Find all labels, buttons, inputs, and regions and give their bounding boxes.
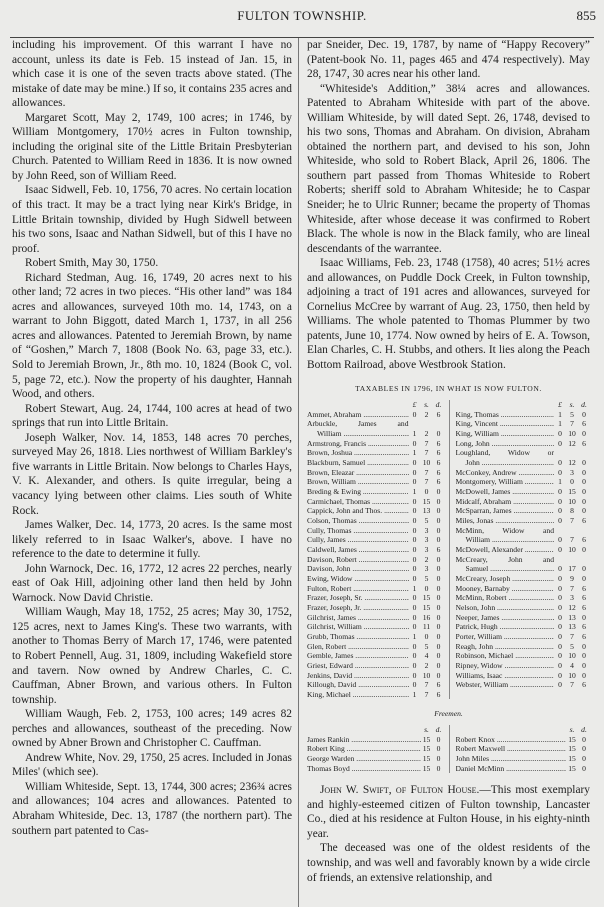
paragraph: Margaret Scott, May 2, 1749, 100 acres; … bbox=[12, 111, 292, 184]
amount-d: 0 bbox=[578, 506, 590, 516]
amount-d: 0 bbox=[433, 671, 445, 681]
freemen-table: s.d.James Rankin150Robert King150George … bbox=[307, 725, 590, 773]
table-row: Griest, Edward020 bbox=[307, 661, 445, 671]
table-row: Grubb, Thomas100 bbox=[307, 632, 445, 642]
paragraph: Andrew White, Nov. 29, 1750, 25 acres. I… bbox=[12, 751, 292, 780]
table-row: McMinn, Robert036 bbox=[456, 593, 591, 603]
table-row: Patrick, Hugh0136 bbox=[456, 622, 591, 632]
amount-d: 0 bbox=[433, 506, 445, 516]
table-row: Blackburn, Samuel0106 bbox=[307, 458, 445, 468]
taxable-name: Webster, William bbox=[456, 680, 555, 689]
amount-d: 0 bbox=[578, 429, 590, 439]
table-row: John Miles150 bbox=[456, 754, 591, 764]
amount-s: 11 bbox=[421, 622, 433, 632]
table-row: Nelson, John0126 bbox=[456, 603, 591, 613]
table-row: Davison, John030 bbox=[307, 564, 445, 574]
amount-l: 0 bbox=[554, 429, 566, 439]
table-row: Midcalf, Abraham0100 bbox=[456, 497, 591, 507]
paragraph: John Warnock, Dec. 16, 1772, 12 acres 22… bbox=[12, 562, 292, 606]
amount-d: 6 bbox=[433, 439, 445, 449]
amount-l: 0 bbox=[554, 497, 566, 507]
taxable-name: Williams, Isaac bbox=[456, 671, 555, 680]
table-row: Daniel McMinn150 bbox=[456, 764, 591, 774]
amount-d: 0 bbox=[578, 754, 590, 764]
taxable-name: George Warden bbox=[307, 754, 421, 763]
amount-d: 6 bbox=[433, 458, 445, 468]
taxable-name: Gilchrist, James bbox=[307, 613, 409, 622]
taxable-name: Robert King bbox=[307, 744, 421, 753]
taxable-name: King, Vincent bbox=[456, 419, 555, 428]
paragraph: including his improvement. Of this warra… bbox=[12, 38, 292, 111]
amount-d: 0 bbox=[433, 516, 445, 526]
taxable-name: Midcalf, Abraham bbox=[456, 497, 555, 506]
amount-s: 10 bbox=[566, 429, 578, 439]
taxable-name: James Rankin bbox=[307, 735, 421, 744]
column-header: s.d. bbox=[456, 725, 591, 735]
amount-d: 0 bbox=[433, 535, 445, 545]
taxable-name: Carmichael, Thomas bbox=[307, 497, 409, 506]
amount-d: 0 bbox=[578, 564, 590, 574]
amount-l: 1 bbox=[554, 419, 566, 429]
amount-s: 16 bbox=[421, 613, 433, 623]
taxable-name: McDowell, James bbox=[456, 487, 555, 496]
taxable-name: Caldwell, James bbox=[307, 545, 409, 554]
amount-d: 0 bbox=[433, 555, 445, 565]
amount-d: 6 bbox=[433, 545, 445, 555]
amount-d: 6 bbox=[433, 477, 445, 487]
taxable-name: Reagh, John bbox=[456, 642, 555, 651]
taxable-name: Brown, Eleazar bbox=[307, 468, 409, 477]
amount-d: 0 bbox=[433, 497, 445, 507]
amount-d: 0 bbox=[433, 487, 445, 497]
taxable-name: McMinn, Robert bbox=[456, 593, 555, 602]
amount-d: 0 bbox=[578, 497, 590, 507]
paragraph: Robert Smith, May 30, 1750. bbox=[12, 256, 292, 271]
table-row: James Rankin150 bbox=[307, 735, 445, 745]
page-number: 855 bbox=[577, 8, 597, 24]
column-header-label: d. bbox=[578, 400, 590, 410]
taxable-name: Daniel McMinn bbox=[456, 764, 567, 773]
amount-s: 7 bbox=[421, 439, 433, 449]
amount-l: 0 bbox=[409, 506, 421, 516]
taxable-name: King, William bbox=[456, 429, 555, 438]
amount-l: 0 bbox=[409, 410, 421, 420]
amount-s: 2 bbox=[421, 661, 433, 671]
amount-s: 7 bbox=[421, 468, 433, 478]
amount-l: 0 bbox=[554, 622, 566, 632]
taxable-name: Brown, Joshua bbox=[307, 448, 409, 457]
amount-s: 10 bbox=[566, 497, 578, 507]
amount-d: 6 bbox=[578, 419, 590, 429]
amount-l: 0 bbox=[409, 477, 421, 487]
amount-d: 0 bbox=[578, 613, 590, 623]
paragraph: “Whiteside's Addition,” 38¼ acres and al… bbox=[307, 82, 590, 257]
amount-l: 0 bbox=[409, 622, 421, 632]
taxable-name: Porter, William bbox=[456, 632, 555, 641]
page-title: FULTON TOWNSHIP. bbox=[0, 8, 604, 24]
amount-d: 0 bbox=[433, 603, 445, 613]
column-header-label: s. bbox=[421, 400, 433, 410]
table-row: Jenkins, David0100 bbox=[307, 671, 445, 681]
amount-d: 0 bbox=[578, 651, 590, 661]
table-row: Loughland, Widow or bbox=[456, 448, 591, 458]
taxable-name: Glen, Robert bbox=[307, 642, 409, 651]
amount-s: 12 bbox=[566, 439, 578, 449]
amount-d: 6 bbox=[433, 410, 445, 420]
amount-s: 7 bbox=[421, 477, 433, 487]
amount-d: 6 bbox=[578, 535, 590, 545]
amount-l: 0 bbox=[409, 526, 421, 536]
amount-l: 0 bbox=[409, 516, 421, 526]
taxable-name: Ripney, Widow bbox=[456, 661, 555, 670]
taxable-name: Robert Knox bbox=[456, 735, 567, 744]
table-row: Cappick, John and Thos.0130 bbox=[307, 506, 445, 516]
amount-d: 0 bbox=[578, 671, 590, 681]
taxable-name: Miles, Jonas bbox=[456, 516, 555, 525]
taxables-table: £s.d.Ammet, Abraham026Arbuckle, James an… bbox=[307, 400, 590, 699]
amount-l: 0 bbox=[554, 603, 566, 613]
table-row: Robert Knox150 bbox=[456, 735, 591, 745]
amount-l: 0 bbox=[409, 613, 421, 623]
amount-s: 15 bbox=[421, 744, 433, 754]
amount-s: 9 bbox=[566, 574, 578, 584]
table-row: McDowell, Alexander0100 bbox=[456, 545, 591, 555]
amount-s: 7 bbox=[566, 535, 578, 545]
amount-l: 0 bbox=[554, 545, 566, 555]
table-row: Killough, David076 bbox=[307, 680, 445, 690]
paragraph: par Sneider, Dec. 19, 1787, by name of “… bbox=[307, 38, 590, 82]
amount-d: 6 bbox=[578, 622, 590, 632]
amount-d: 0 bbox=[433, 764, 445, 774]
amount-d: 6 bbox=[578, 603, 590, 613]
amount-s: 4 bbox=[421, 651, 433, 661]
amount-s: 7 bbox=[566, 516, 578, 526]
amount-d: 6 bbox=[578, 439, 590, 449]
amount-l: 1 bbox=[409, 448, 421, 458]
amount-s: 17 bbox=[566, 564, 578, 574]
amount-s: 13 bbox=[421, 506, 433, 516]
table-row: McMinn, Widow and bbox=[456, 526, 591, 536]
amount-l: 0 bbox=[554, 439, 566, 449]
taxable-name: Gilchrist, William bbox=[307, 622, 409, 631]
amount-l: 1 bbox=[409, 487, 421, 497]
amount-d: 6 bbox=[578, 632, 590, 642]
table-row: Miles, Jonas076 bbox=[456, 516, 591, 526]
table-row: Montgomery, William100 bbox=[456, 477, 591, 487]
amount-s: 3 bbox=[566, 468, 578, 478]
amount-l: 0 bbox=[409, 535, 421, 545]
table-row: Gilchrist, William0110 bbox=[307, 622, 445, 632]
book-page: FULTON TOWNSHIP. 855 including his impro… bbox=[0, 0, 604, 907]
amount-s: 15 bbox=[421, 735, 433, 745]
table-row: Brown, Eleazar076 bbox=[307, 468, 445, 478]
column-divider bbox=[298, 38, 299, 907]
amount-d: 0 bbox=[433, 661, 445, 671]
amount-s: 15 bbox=[421, 603, 433, 613]
amount-d: 0 bbox=[578, 642, 590, 652]
paragraph: William Waugh, May 18, 1752, 25 acres; M… bbox=[12, 605, 292, 707]
amount-d: 0 bbox=[433, 593, 445, 603]
column-header: s.d. bbox=[307, 725, 445, 735]
table-row: Robert Maxwell150 bbox=[456, 744, 591, 754]
amount-l: 0 bbox=[554, 487, 566, 497]
amount-s: 2 bbox=[421, 555, 433, 565]
left-column: including his improvement. Of this warra… bbox=[12, 38, 292, 838]
amount-l: 0 bbox=[409, 458, 421, 468]
table-row-continued: John0120 bbox=[456, 458, 591, 468]
paragraph: James Walker, Dec. 14, 1773, 20 acres. I… bbox=[12, 518, 292, 562]
taxable-name: Cappick, John and Thos. bbox=[307, 506, 409, 515]
amount-l: 0 bbox=[409, 564, 421, 574]
taxable-name: Neeper, James bbox=[456, 613, 555, 622]
amount-l: 0 bbox=[554, 574, 566, 584]
table-row: McSparran, James080 bbox=[456, 506, 591, 516]
amount-d: 0 bbox=[433, 526, 445, 536]
amount-s: 10 bbox=[566, 545, 578, 555]
amount-s: 3 bbox=[421, 564, 433, 574]
amount-s: 0 bbox=[421, 584, 433, 594]
amount-l: 0 bbox=[554, 468, 566, 478]
taxable-name: Colson, Thomas bbox=[307, 516, 409, 525]
table-row: McDowell, James0150 bbox=[456, 487, 591, 497]
amount-s: 10 bbox=[421, 671, 433, 681]
taxable-name-continued: William bbox=[466, 535, 555, 544]
taxable-name: Ewing, Widow bbox=[307, 574, 409, 583]
amount-d: 0 bbox=[433, 651, 445, 661]
table-row: Neeper, James0130 bbox=[456, 613, 591, 623]
table-row: Mooney, Barnaby076 bbox=[456, 584, 591, 594]
taxable-name-continued: William bbox=[317, 429, 409, 438]
amount-l: 1 bbox=[409, 690, 421, 700]
taxable-name: Breding & Ewing bbox=[307, 487, 409, 496]
amount-s: 4 bbox=[566, 661, 578, 671]
amount-s: 3 bbox=[421, 526, 433, 536]
taxable-name: McMinn, Widow and bbox=[456, 526, 555, 536]
taxable-name: Mooney, Barnaby bbox=[456, 584, 555, 593]
amount-l: 0 bbox=[554, 642, 566, 652]
amount-d: 6 bbox=[433, 468, 445, 478]
table-row-continued: William120 bbox=[307, 429, 445, 439]
amount-d: 0 bbox=[433, 754, 445, 764]
paragraph: Robert Stewart, Aug. 24, 1744, 100 acres… bbox=[12, 402, 292, 431]
amount-l: 0 bbox=[409, 439, 421, 449]
table-row: Porter, William076 bbox=[456, 632, 591, 642]
amount-d: 0 bbox=[578, 574, 590, 584]
taxables-right-column: £s.d.King, Thomas150King, Vincent176King… bbox=[449, 400, 591, 699]
amount-d: 0 bbox=[433, 429, 445, 439]
taxable-name: Jenkins, David bbox=[307, 671, 409, 680]
taxable-name: John Miles bbox=[456, 754, 567, 763]
amount-d: 0 bbox=[578, 744, 590, 754]
paragraph: William Waugh, Feb. 2, 1753, 100 acres; … bbox=[12, 707, 292, 751]
taxable-name: Gemble, James bbox=[307, 651, 409, 660]
paragraph: Isaac Williams, Feb. 23, 1748 (1758), 40… bbox=[307, 256, 590, 372]
column-header-label: d. bbox=[433, 725, 445, 735]
amount-l: 0 bbox=[554, 584, 566, 594]
table-row: Caldwell, James036 bbox=[307, 545, 445, 555]
table-row: Breding & Ewing100 bbox=[307, 487, 445, 497]
taxable-name: Cully, Thomas bbox=[307, 526, 409, 535]
taxable-name: Davison, John bbox=[307, 564, 409, 573]
running-header: FULTON TOWNSHIP. 855 bbox=[0, 8, 604, 26]
taxable-name: Griest, Edward bbox=[307, 661, 409, 670]
taxable-name: Frazer, Joseph, Sr. bbox=[307, 593, 409, 602]
amount-d: 6 bbox=[433, 448, 445, 458]
amount-s: 13 bbox=[566, 622, 578, 632]
amount-l: 0 bbox=[554, 671, 566, 681]
freemen-left-column: s.d.James Rankin150Robert King150George … bbox=[307, 725, 449, 773]
amount-d: 0 bbox=[433, 613, 445, 623]
amount-l: 0 bbox=[409, 555, 421, 565]
amount-s: 15 bbox=[566, 744, 578, 754]
table-row: Robinson, Michael0100 bbox=[456, 651, 591, 661]
amount-l: 1 bbox=[554, 410, 566, 420]
column-header-label: s. bbox=[566, 725, 578, 735]
taxable-name: Brown, William bbox=[307, 477, 409, 486]
column-header: £s.d. bbox=[307, 400, 445, 410]
taxable-name: Killough, David bbox=[307, 680, 409, 689]
amount-d: 0 bbox=[433, 622, 445, 632]
amount-s: 13 bbox=[566, 613, 578, 623]
amount-s: 0 bbox=[421, 632, 433, 642]
amount-s: 5 bbox=[421, 516, 433, 526]
taxable-name: Thomas Boyd bbox=[307, 764, 421, 773]
amount-d: 0 bbox=[433, 735, 445, 745]
taxable-name: King, Thomas bbox=[456, 410, 555, 419]
paragraph: William Whiteside, Sept. 13, 1744, 300 a… bbox=[12, 780, 292, 838]
amount-s: 15 bbox=[421, 764, 433, 774]
table-row: Long, John0126 bbox=[456, 439, 591, 449]
amount-d: 0 bbox=[578, 764, 590, 774]
amount-d: 0 bbox=[433, 584, 445, 594]
column-header-label: £ bbox=[409, 400, 421, 410]
amount-d: 0 bbox=[433, 744, 445, 754]
table-row: Williams, Isaac0100 bbox=[456, 671, 591, 681]
taxable-name: Ammet, Abraham bbox=[307, 410, 409, 419]
taxable-name: Blackburn, Samuel bbox=[307, 458, 409, 467]
taxable-name: McCreary, John and bbox=[456, 555, 555, 565]
amount-d: 0 bbox=[433, 632, 445, 642]
amount-s: 7 bbox=[421, 448, 433, 458]
amount-l: 1 bbox=[409, 429, 421, 439]
taxable-name: McSparran, James bbox=[456, 506, 555, 515]
taxables-left-column: £s.d.Ammet, Abraham026Arbuckle, James an… bbox=[307, 400, 449, 699]
amount-s: 7 bbox=[421, 690, 433, 700]
taxable-name: King, Michael bbox=[307, 690, 409, 699]
table-row: King, William0100 bbox=[456, 429, 591, 439]
amount-l: 0 bbox=[409, 651, 421, 661]
amount-l: 0 bbox=[554, 651, 566, 661]
amount-s: 15 bbox=[421, 754, 433, 764]
table-row: Ammet, Abraham026 bbox=[307, 410, 445, 420]
amount-s: 12 bbox=[566, 603, 578, 613]
amount-s: 15 bbox=[566, 754, 578, 764]
amount-s: 15 bbox=[421, 593, 433, 603]
table-row-continued: William076 bbox=[456, 535, 591, 545]
amount-d: 6 bbox=[578, 516, 590, 526]
amount-l: 0 bbox=[409, 642, 421, 652]
table-row: King, Thomas150 bbox=[456, 410, 591, 420]
taxable-name: Armstrong, Francis bbox=[307, 439, 409, 448]
table-row: Gemble, James040 bbox=[307, 651, 445, 661]
right-column: par Sneider, Dec. 19, 1787, by name of “… bbox=[307, 38, 590, 885]
table-row: Armstrong, Francis076 bbox=[307, 439, 445, 449]
amount-d: 0 bbox=[578, 545, 590, 555]
taxable-name: McConkey, Andrew bbox=[456, 468, 555, 477]
table-row: Frazer, Joseph, Sr.0150 bbox=[307, 593, 445, 603]
amount-d: 0 bbox=[578, 661, 590, 671]
amount-s: 5 bbox=[421, 642, 433, 652]
table-row: Davison, Robert020 bbox=[307, 555, 445, 565]
table-row: Colson, Thomas050 bbox=[307, 516, 445, 526]
amount-l: 1 bbox=[554, 477, 566, 487]
amount-s: 15 bbox=[566, 735, 578, 745]
amount-d: 0 bbox=[578, 410, 590, 420]
table-row: King, Michael176 bbox=[307, 690, 445, 700]
amount-d: 0 bbox=[433, 642, 445, 652]
taxables-title: TAXABLES IN 1796, IN WHAT IS NOW FULTON. bbox=[307, 382, 590, 397]
amount-l: 0 bbox=[409, 661, 421, 671]
amount-s: 10 bbox=[566, 671, 578, 681]
amount-s: 15 bbox=[566, 764, 578, 774]
table-row: Webster, William076 bbox=[456, 680, 591, 690]
taxable-name: Grubb, Thomas bbox=[307, 632, 409, 641]
amount-s: 3 bbox=[566, 593, 578, 603]
amount-d: 0 bbox=[578, 487, 590, 497]
amount-l: 0 bbox=[554, 506, 566, 516]
amount-s: 0 bbox=[566, 477, 578, 487]
amount-d: 0 bbox=[433, 564, 445, 574]
taxable-name: Fulton, Robert bbox=[307, 584, 409, 593]
amount-s: 3 bbox=[421, 545, 433, 555]
amount-l: 0 bbox=[554, 680, 566, 690]
amount-s: 5 bbox=[566, 410, 578, 420]
amount-s: 3 bbox=[421, 535, 433, 545]
amount-l: 1 bbox=[409, 584, 421, 594]
amount-l: 0 bbox=[409, 545, 421, 555]
amount-s: 7 bbox=[566, 680, 578, 690]
paragraph: Richard Stedman, Aug. 16, 1749, 20 acres… bbox=[12, 271, 292, 402]
amount-s: 0 bbox=[421, 487, 433, 497]
amount-l: 0 bbox=[409, 593, 421, 603]
table-row: McConkey, Andrew030 bbox=[456, 468, 591, 478]
amount-s: 15 bbox=[566, 487, 578, 497]
table-row: Fulton, Robert100 bbox=[307, 584, 445, 594]
column-header-label: s. bbox=[421, 725, 433, 735]
amount-l: 0 bbox=[554, 458, 566, 468]
table-row: Robert King150 bbox=[307, 744, 445, 754]
amount-l: 0 bbox=[409, 574, 421, 584]
amount-l: 0 bbox=[554, 516, 566, 526]
table-row: Brown, Joshua176 bbox=[307, 448, 445, 458]
table-row: Frazer, Joseph, Jr.0150 bbox=[307, 603, 445, 613]
table-row: McCreary, Joseph090 bbox=[456, 574, 591, 584]
amount-d: 6 bbox=[433, 690, 445, 700]
table-row: Cully, Thomas030 bbox=[307, 526, 445, 536]
swift-paragraph-2: The deceased was one of the oldest resid… bbox=[307, 841, 590, 885]
table-row: Cully, James030 bbox=[307, 535, 445, 545]
table-row: Arbuckle, James and bbox=[307, 419, 445, 429]
amount-d: 6 bbox=[578, 680, 590, 690]
taxable-name: Long, John bbox=[456, 439, 555, 448]
taxable-name: Montgomery, William bbox=[456, 477, 555, 486]
amount-s: 2 bbox=[421, 429, 433, 439]
table-row: King, Vincent176 bbox=[456, 419, 591, 429]
column-header-label: £ bbox=[554, 400, 566, 410]
taxable-name: Davison, Robert bbox=[307, 555, 409, 564]
taxable-name: Cully, James bbox=[307, 535, 409, 544]
amount-s: 10 bbox=[421, 458, 433, 468]
